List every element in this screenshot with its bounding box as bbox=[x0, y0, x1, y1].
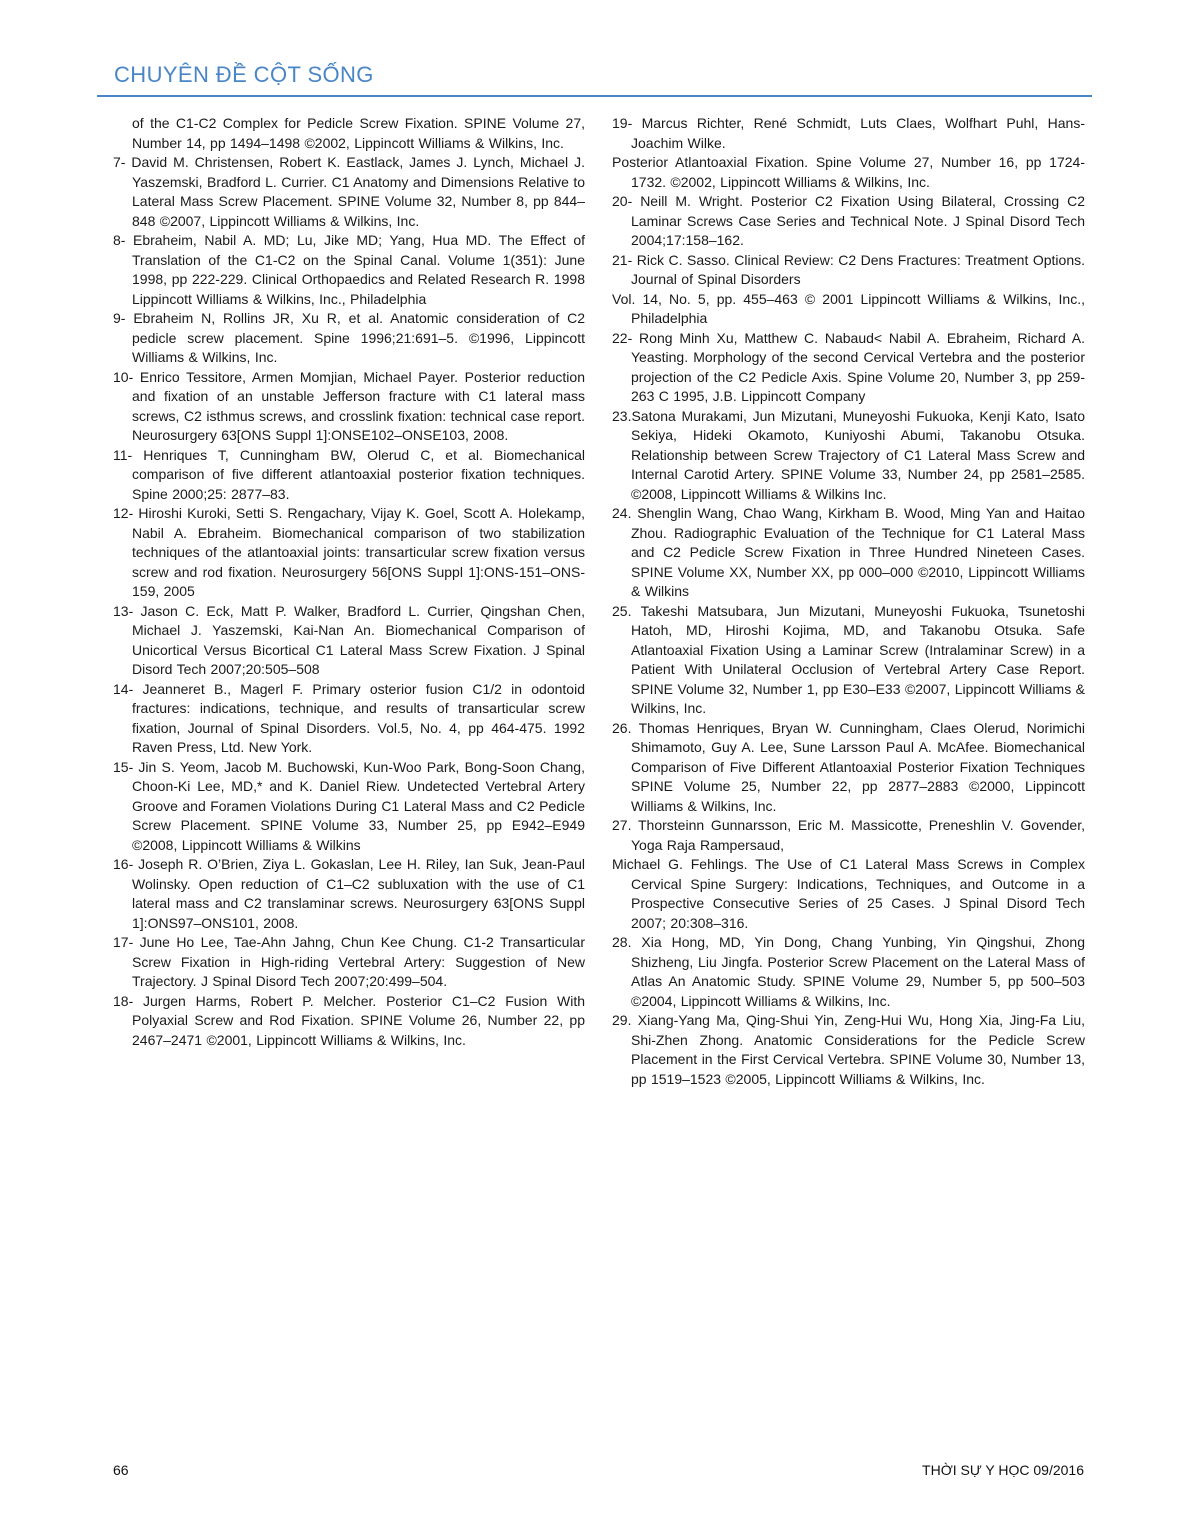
reference-item: 29. Xiang-Yang Ma, Qing-Shui Yin, Zeng-H… bbox=[612, 1011, 1085, 1089]
reference-item: 20- Neill M. Wright. Posterior C2 Fixati… bbox=[612, 192, 1085, 251]
reference-item: 23.Satona Murakami, Jun Mizutani, Muneyo… bbox=[612, 407, 1085, 505]
reference-item: 10- Enrico Tessitore, Armen Momjian, Mic… bbox=[113, 368, 585, 446]
reference-item: 26. Thomas Henriques, Bryan W. Cunningha… bbox=[612, 719, 1085, 817]
reference-item: 15- Jin S. Yeom, Jacob M. Buchowski, Kun… bbox=[113, 758, 585, 856]
page-number: 66 bbox=[113, 1462, 129, 1478]
page-footer: 66 THỜI SỰ Y HỌC 09/2016 bbox=[97, 1462, 1092, 1478]
reference-item: Vol. 14, No. 5, pp. 455–463 © 2001 Lippi… bbox=[612, 290, 1085, 329]
reference-item: 11- Henriques T, Cunningham BW, Olerud C… bbox=[113, 446, 585, 505]
reference-item: 14- Jeanneret B., Magerl F. Primary oste… bbox=[113, 680, 585, 758]
page-content: CHUYÊN ĐỀ CỘT SỐNG of the C1-C2 Complex … bbox=[97, 0, 1092, 1089]
reference-list-left: of the C1-C2 Complex for Pedicle Screw F… bbox=[113, 114, 585, 1089]
reference-item: 7- David M. Christensen, Robert K. Eastl… bbox=[113, 153, 585, 231]
reference-item: of the C1-C2 Complex for Pedicle Screw F… bbox=[113, 114, 585, 153]
reference-item: 27. Thorsteinn Gunnarsson, Eric M. Massi… bbox=[612, 816, 1085, 855]
reference-item: 28. Xia Hong, MD, Yin Dong, Chang Yunbin… bbox=[612, 933, 1085, 1011]
reference-item: 22- Rong Minh Xu, Matthew C. Nabaud< Nab… bbox=[612, 329, 1085, 407]
reference-item: 16- Joseph R. O’Brien, Ziya L. Gokaslan,… bbox=[113, 855, 585, 933]
reference-item: Posterior Atlantoaxial Fixation. Spine V… bbox=[612, 153, 1085, 192]
reference-item: 13- Jason C. Eck, Matt P. Walker, Bradfo… bbox=[113, 602, 585, 680]
page-title: CHUYÊN ĐỀ CỘT SỐNG bbox=[97, 62, 1092, 88]
document-page: CHUYÊN ĐỀ CỘT SỐNG of the C1-C2 Complex … bbox=[0, 0, 1189, 1539]
reference-item: 24. Shenglin Wang, Chao Wang, Kirkham B.… bbox=[612, 504, 1085, 602]
journal-title: THỜI SỰ Y HỌC 09/2016 bbox=[922, 1462, 1084, 1478]
reference-item: 9- Ebraheim N, Rollins JR, Xu R, et al. … bbox=[113, 309, 585, 368]
reference-item: 25. Takeshi Matsubara, Jun Mizutani, Mun… bbox=[612, 602, 1085, 719]
reference-list-right: 19- Marcus Richter, René Schmidt, Luts C… bbox=[612, 114, 1085, 1089]
reference-item: 8- Ebraheim, Nabil A. MD; Lu, Jike MD; Y… bbox=[113, 231, 585, 309]
reference-item: 18- Jurgen Harms, Robert P. Melcher. Pos… bbox=[113, 992, 585, 1051]
reference-item: 12- Hiroshi Kuroki, Setti S. Rengachary,… bbox=[113, 504, 585, 602]
reference-item: 17- June Ho Lee, Tae-Ahn Jahng, Chun Kee… bbox=[113, 933, 585, 992]
section-header: CHUYÊN ĐỀ CỘT SỐNG bbox=[97, 62, 1092, 97]
reference-item: 21- Rick C. Sasso. Clinical Review: C2 D… bbox=[612, 251, 1085, 290]
reference-columns: of the C1-C2 Complex for Pedicle Screw F… bbox=[97, 114, 1092, 1089]
header-divider bbox=[97, 95, 1092, 97]
reference-item: 19- Marcus Richter, René Schmidt, Luts C… bbox=[612, 114, 1085, 153]
reference-item: Michael G. Fehlings. The Use of C1 Later… bbox=[612, 855, 1085, 933]
